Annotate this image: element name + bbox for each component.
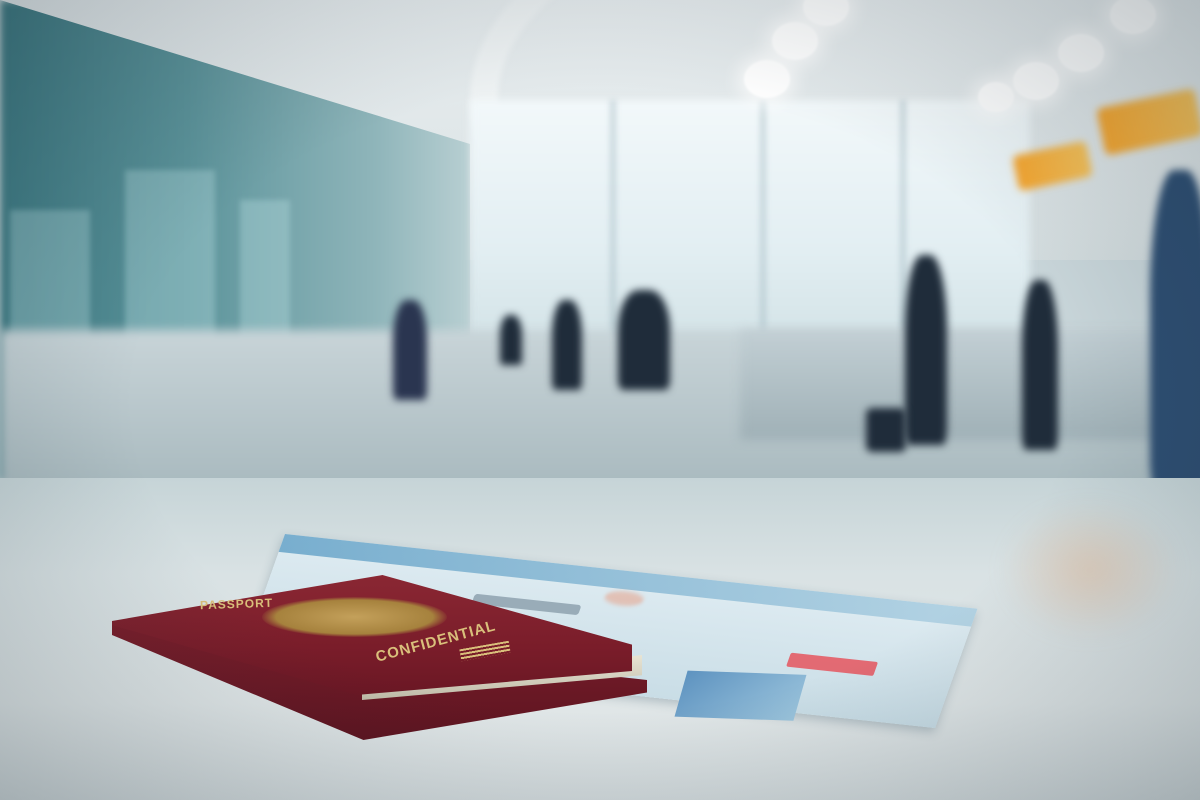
ceiling-light	[978, 82, 1014, 112]
traveler-silhouette	[552, 300, 582, 390]
traveler-silhouette	[618, 290, 670, 390]
boarding-pass-stub	[675, 671, 807, 721]
window-mullion	[760, 100, 766, 350]
rolling-suitcase	[866, 408, 906, 452]
passport[interactable]: PASSPORT CONFIDENTIAL	[112, 575, 647, 740]
check-in-counter	[740, 330, 1200, 440]
table-reflection	[1000, 500, 1180, 640]
airport-scene: PASSPORT CONFIDENTIAL	[0, 0, 1200, 800]
passport-title: PASSPORT	[200, 596, 274, 613]
passport-emblem-icon	[262, 597, 447, 637]
ceiling-light	[772, 22, 818, 60]
traveler-silhouette	[500, 315, 522, 365]
ceiling-light	[1058, 34, 1104, 72]
window-mullion	[610, 100, 616, 350]
ceiling-light	[1013, 62, 1059, 100]
boarding-pass-label	[786, 653, 878, 676]
traveler-silhouette	[905, 255, 947, 445]
traveler-silhouette	[1022, 280, 1058, 450]
traveler-silhouette	[1150, 170, 1200, 490]
traveler-silhouette	[393, 300, 427, 400]
ceiling-light	[744, 60, 790, 98]
